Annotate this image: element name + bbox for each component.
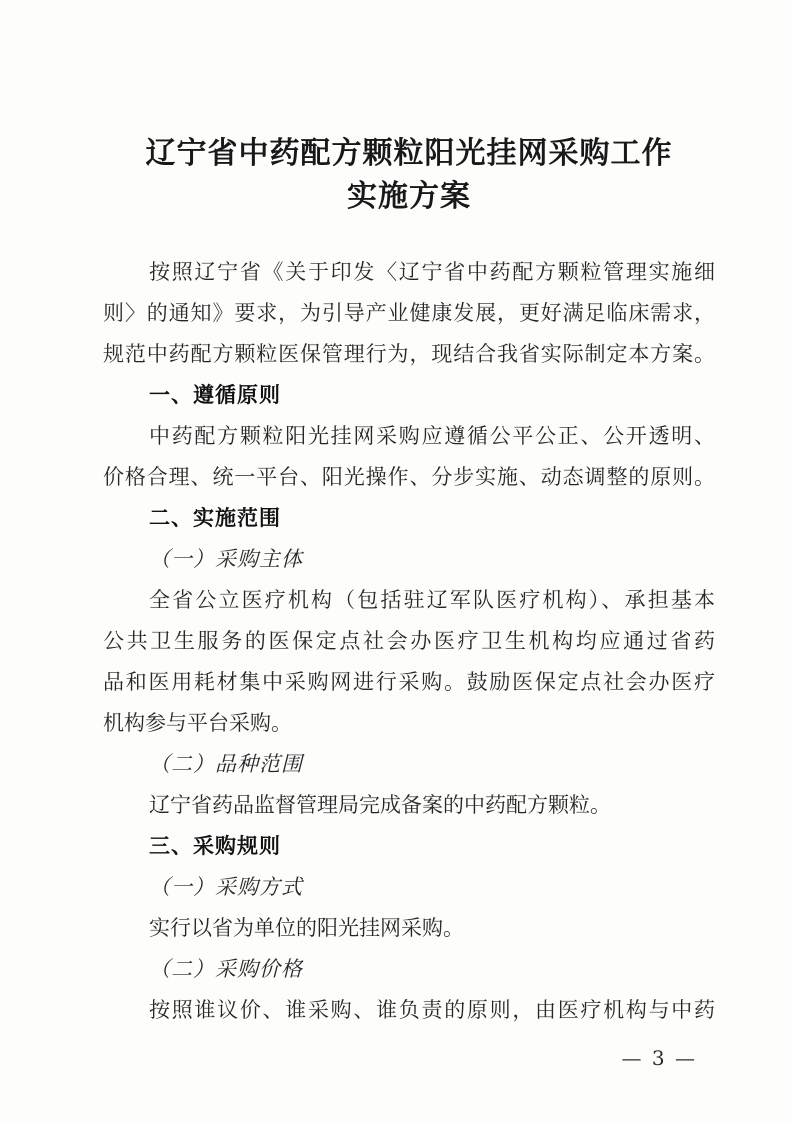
section-heading: 二、实施范围 [103,498,715,539]
page-number: — 3 — [622,1046,697,1070]
body-line: 中药配方颗粒阳光挂网采购应遵循公平公正、公开透明、 [103,416,715,457]
subsection-heading: （一）采购方式 [103,867,715,908]
title-line-1: 辽宁省中药配方颗粒阳光挂网采购工作 [103,132,715,175]
section-heading: 一、遵循原则 [103,375,715,416]
subsection-heading: （二）品种范围 [103,744,715,785]
document-content: 辽宁省中药配方颗粒阳光挂网采购工作 实施方案 按照辽宁省《关于印发〈辽宁省中药配… [103,132,715,1031]
body-line: 公共卫生服务的医保定点社会办医疗卫生机构均应通过省药 [103,621,715,662]
body-line: 按照谁议价、谁采购、谁负责的原则，由医疗机构与中药 [103,990,715,1031]
body-line: 全省公立医疗机构（包括驻辽军队医疗机构）、承担基本 [103,580,715,621]
body-line: 则〉的通知》要求，为引导产业健康发展，更好满足临床需求， [103,293,715,334]
body-line: 按照辽宁省《关于印发〈辽宁省中药配方颗粒管理实施细 [103,252,715,293]
body-line: 机构参与平台采购。 [103,703,715,744]
body-line: 品和医用耗材集中采购网进行采购。鼓励医保定点社会办医疗 [103,662,715,703]
body-line: 规范中药配方颗粒医保管理行为，现结合我省实际制定本方案。 [103,334,715,375]
body-line: 价格合理、统一平台、阳光操作、分步实施、动态调整的原则。 [103,457,715,498]
document-body: 按照辽宁省《关于印发〈辽宁省中药配方颗粒管理实施细 则〉的通知》要求，为引导产业… [103,252,715,1031]
document-title: 辽宁省中药配方颗粒阳光挂网采购工作 实施方案 [103,132,715,218]
body-line: 实行以省为单位的阳光挂网采购。 [103,908,715,949]
section-heading: 三、采购规则 [103,826,715,867]
body-line: 辽宁省药品监督管理局完成备案的中药配方颗粒。 [103,785,715,826]
subsection-heading: （二）采购价格 [103,949,715,990]
document-page: 辽宁省中药配方颗粒阳光挂网采购工作 实施方案 按照辽宁省《关于印发〈辽宁省中药配… [0,0,792,1122]
title-line-2: 实施方案 [103,175,715,218]
subsection-heading: （一）采购主体 [103,539,715,580]
